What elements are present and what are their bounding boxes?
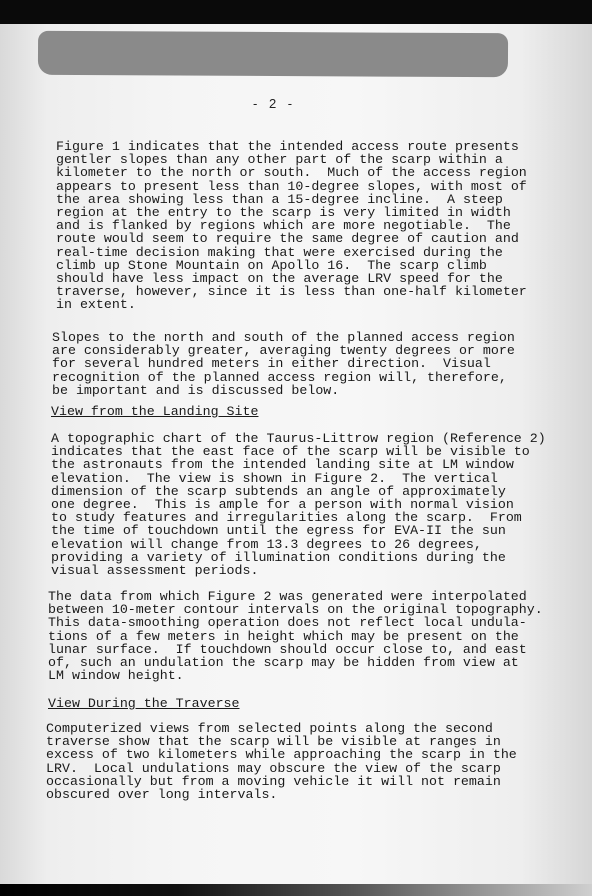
text-line: LM window height.	[48, 669, 543, 682]
text-line: in extent.	[56, 298, 527, 311]
text-line: tions of a few meters in height which ma…	[48, 630, 543, 643]
text-line: be important and is discussed below.	[52, 384, 515, 397]
text-line: kilometer to the north or south. Much of…	[56, 166, 527, 179]
text-line: real-time decision making that were exer…	[56, 246, 527, 259]
text-line: elevation. The view is shown in Figure 2…	[51, 472, 546, 485]
heading-view-traverse: View During the Traverse	[48, 697, 240, 710]
text-line: the time of touchdown until the egress f…	[51, 524, 546, 537]
paragraph-data-smoothing: The data from which Figure 2 was generat…	[48, 590, 543, 682]
paragraph-access-route: Figure 1 indicates that the intended acc…	[56, 140, 527, 312]
scan-bottom-shadow	[0, 884, 592, 896]
text-line: visual assessment periods.	[51, 564, 546, 577]
paragraph-topographic-chart: A topographic chart of the Taurus-Littro…	[51, 432, 546, 577]
text-line: route would seem to require the same deg…	[56, 232, 527, 245]
binder-clip	[38, 31, 508, 77]
heading-view-landing-site: View from the Landing Site	[51, 405, 258, 418]
text-line: the astronauts from the intended landing…	[51, 458, 546, 471]
text-line: obscured over long intervals.	[46, 788, 517, 801]
page-number: - 2 -	[253, 96, 296, 111]
document-body: Figure 1 indicates that the intended acc…	[0, 0, 16, 106]
text-line: appears to present less than 10-degree s…	[56, 180, 527, 193]
paragraph-computerized-views: Computerized views from selected points …	[46, 722, 517, 801]
text-line: This data-smoothing operation does not r…	[48, 616, 543, 629]
text-line: recognition of the planned access region…	[52, 371, 515, 384]
text-line: LRV. Local undulations may obscure the v…	[46, 762, 517, 775]
paragraph-slopes: Slopes to the north and south of the pla…	[52, 331, 515, 397]
text-line: elevation will change from 13.3 degrees …	[51, 538, 546, 551]
text-line: excess of two kilometers while approachi…	[46, 748, 517, 761]
text-line: for several hundred meters in either dir…	[52, 357, 515, 370]
